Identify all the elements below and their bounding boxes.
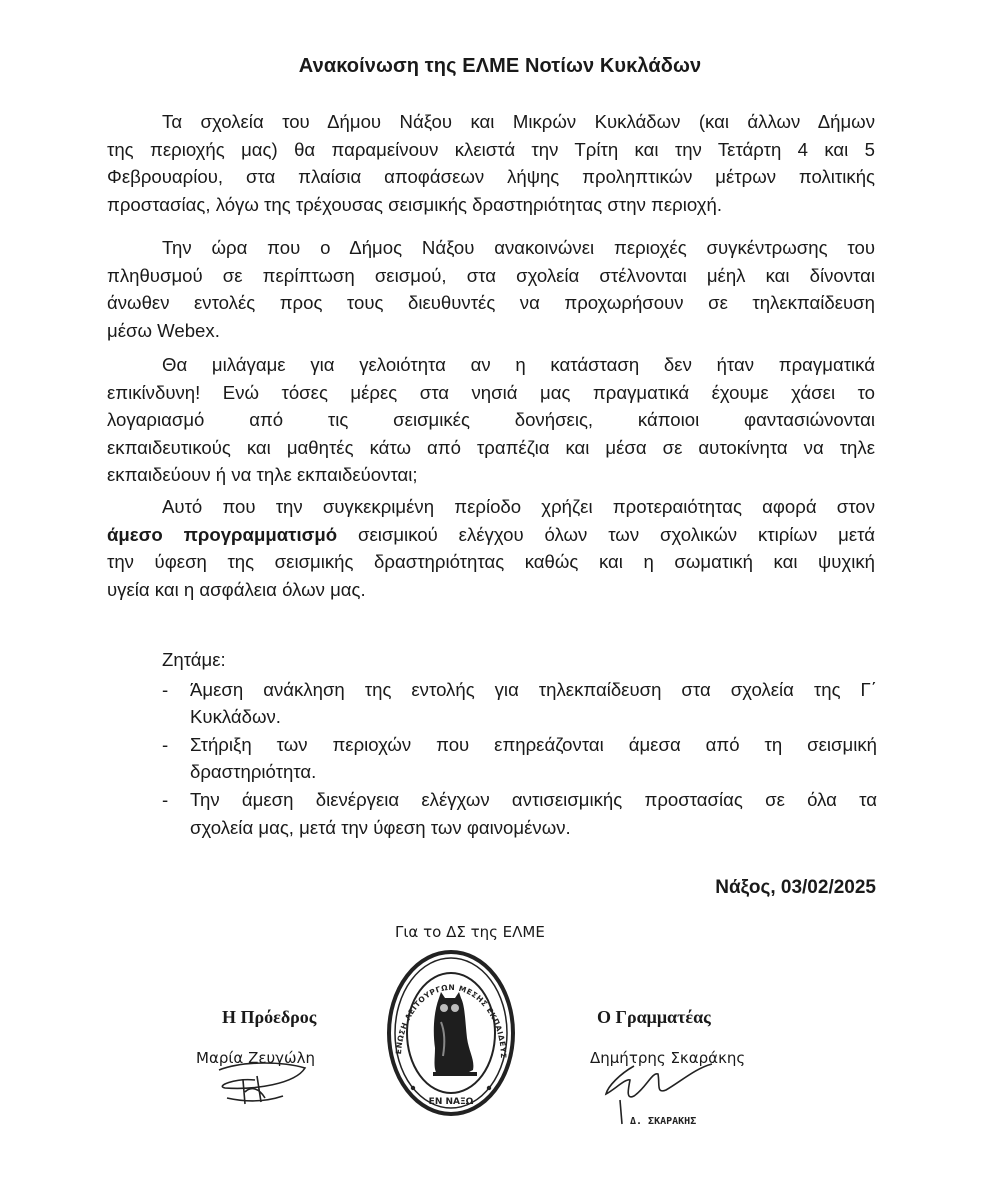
paragraph-3: Θα μιλάγαμε για γελοιότητα αν η κατάστασ…	[107, 351, 875, 489]
paragraph-line: επικίνδυνη! Ενώ τόσες μέρες στα νησιά μα…	[107, 379, 875, 407]
list-item-line: Άμεση ανάκληση της εντολής για τηλεκπαίδ…	[190, 676, 877, 704]
requests-list: Ζητάμε: - Άμεση ανάκληση της εντολής για…	[162, 646, 877, 841]
paragraph-line: εκπαιδευτικούς και μαθητές κάτω από τραπ…	[107, 434, 875, 462]
secretary-stamp-text: Δ. ΣΚΑΡΑΚΗΣ	[630, 1116, 696, 1127]
requests-heading: Ζητάμε:	[162, 646, 877, 674]
paragraph-line-rest: σεισμικού ελέγχου όλων των σχολικών κτιρ…	[337, 524, 875, 545]
dash-bullet-icon: -	[162, 731, 168, 759]
paragraph-line: μέσω Webex.	[107, 317, 875, 345]
secretary-signature-icon: Δ. ΣΚΑΡΑΚΗΣ	[600, 1060, 770, 1130]
paragraph-line: Αυτό που την συγκεκριμένη περίοδο χρήζει…	[107, 493, 875, 521]
list-item-line: σχολεία μας, μετά την ύφεση των φαινομέν…	[190, 814, 877, 842]
emphasis-text: άμεσο προγραμματισμό	[107, 524, 337, 545]
place-date: Νάξος, 03/02/2025	[715, 877, 876, 899]
paragraph-line: Τα σχολεία του Δήμου Νάξου και Μικρών Κυ…	[107, 108, 875, 136]
paragraph-line: υγεία και η ασφάλεια όλων μας.	[107, 576, 875, 604]
list-item-line: Στήριξη των περιοχών που επηρεάζονται άμ…	[190, 731, 877, 759]
paragraph-line: Φεβρουαρίου, στα πλαίσια αποφάσεων λήψης…	[107, 163, 875, 191]
secretary-role: Ο Γραμματέας	[597, 1007, 711, 1028]
list-item: - Άμεση ανάκληση της εντολής για τηλεκπα…	[162, 676, 877, 731]
paragraph-2: Την ώρα που ο Δήμος Νάξου ανακοινώνει πε…	[107, 234, 875, 344]
for-board-label: Για το ΔΣ της ΕΛΜΕ	[395, 923, 545, 941]
svg-text:ΕΝ ΝΑΞΩ: ΕΝ ΝΑΞΩ	[429, 1097, 474, 1107]
president-role: Η Πρόεδρος	[222, 1007, 316, 1028]
list-item: - Την άμεση διενέργεια ελέγχων αντισεισμ…	[162, 786, 877, 841]
paragraph-line: λογαριασμό από τις σεισμικές δονήσεις, κ…	[107, 406, 875, 434]
list-item-line: Κυκλάδων.	[190, 703, 877, 731]
dash-bullet-icon: -	[162, 786, 168, 814]
paragraph-line: άνωθεν εντολές προς τους διευθυντές να π…	[107, 289, 875, 317]
paragraph-line: της περιοχής μας) θα παραμείνουν κλειστά…	[107, 136, 875, 164]
paragraph-1: Τα σχολεία του Δήμου Νάξου και Μικρών Κυ…	[107, 108, 875, 218]
list-item-line: δραστηριότητα.	[190, 758, 877, 786]
list-item: - Στήριξη των περιοχών που επηρεάζονται …	[162, 731, 877, 786]
list-item-line: Την άμεση διενέργεια ελέγχων αντισεισμικ…	[190, 786, 877, 814]
paragraph-4: Αυτό που την συγκεκριμένη περίοδο χρήζει…	[107, 493, 875, 603]
paragraph-line: άμεσο προγραμματισμό σεισμικού ελέγχου ό…	[107, 521, 875, 549]
paragraph-line: την ύφεση της σεισμικής δραστηριότητας κ…	[107, 548, 875, 576]
paragraph-line: προστασίας, λόγω της τρέχουσας σεισμικής…	[107, 191, 875, 219]
owl-seal-stamp-icon: ΕΝΩΣΗ ΛΕΙΤΟΥΡΓΩΝ ΜΕΣΗΣ ΕΚΠΑΙΔΕΥΣΗΣ ΝΟΤΙΩ…	[385, 948, 517, 1118]
document-title: Ανακοίνωση της ΕΛΜΕ Νοτίων Κυκλάδων	[0, 55, 1000, 78]
paragraph-line: εκπαιδεύουν ή να τηλε εκπαιδεύονται;	[107, 461, 875, 489]
paragraph-line: Θα μιλάγαμε για γελοιότητα αν η κατάστασ…	[107, 351, 875, 379]
paragraph-line: πληθυσμού σε περίπτωση σεισμού, στα σχολ…	[107, 262, 875, 290]
document-page: Ανακοίνωση της ΕΛΜΕ Νοτίων Κυκλάδων Τα σ…	[0, 0, 1000, 1193]
president-signature-icon	[205, 1058, 315, 1108]
paragraph-line: Την ώρα που ο Δήμος Νάξου ανακοινώνει πε…	[107, 234, 875, 262]
dash-bullet-icon: -	[162, 676, 168, 704]
